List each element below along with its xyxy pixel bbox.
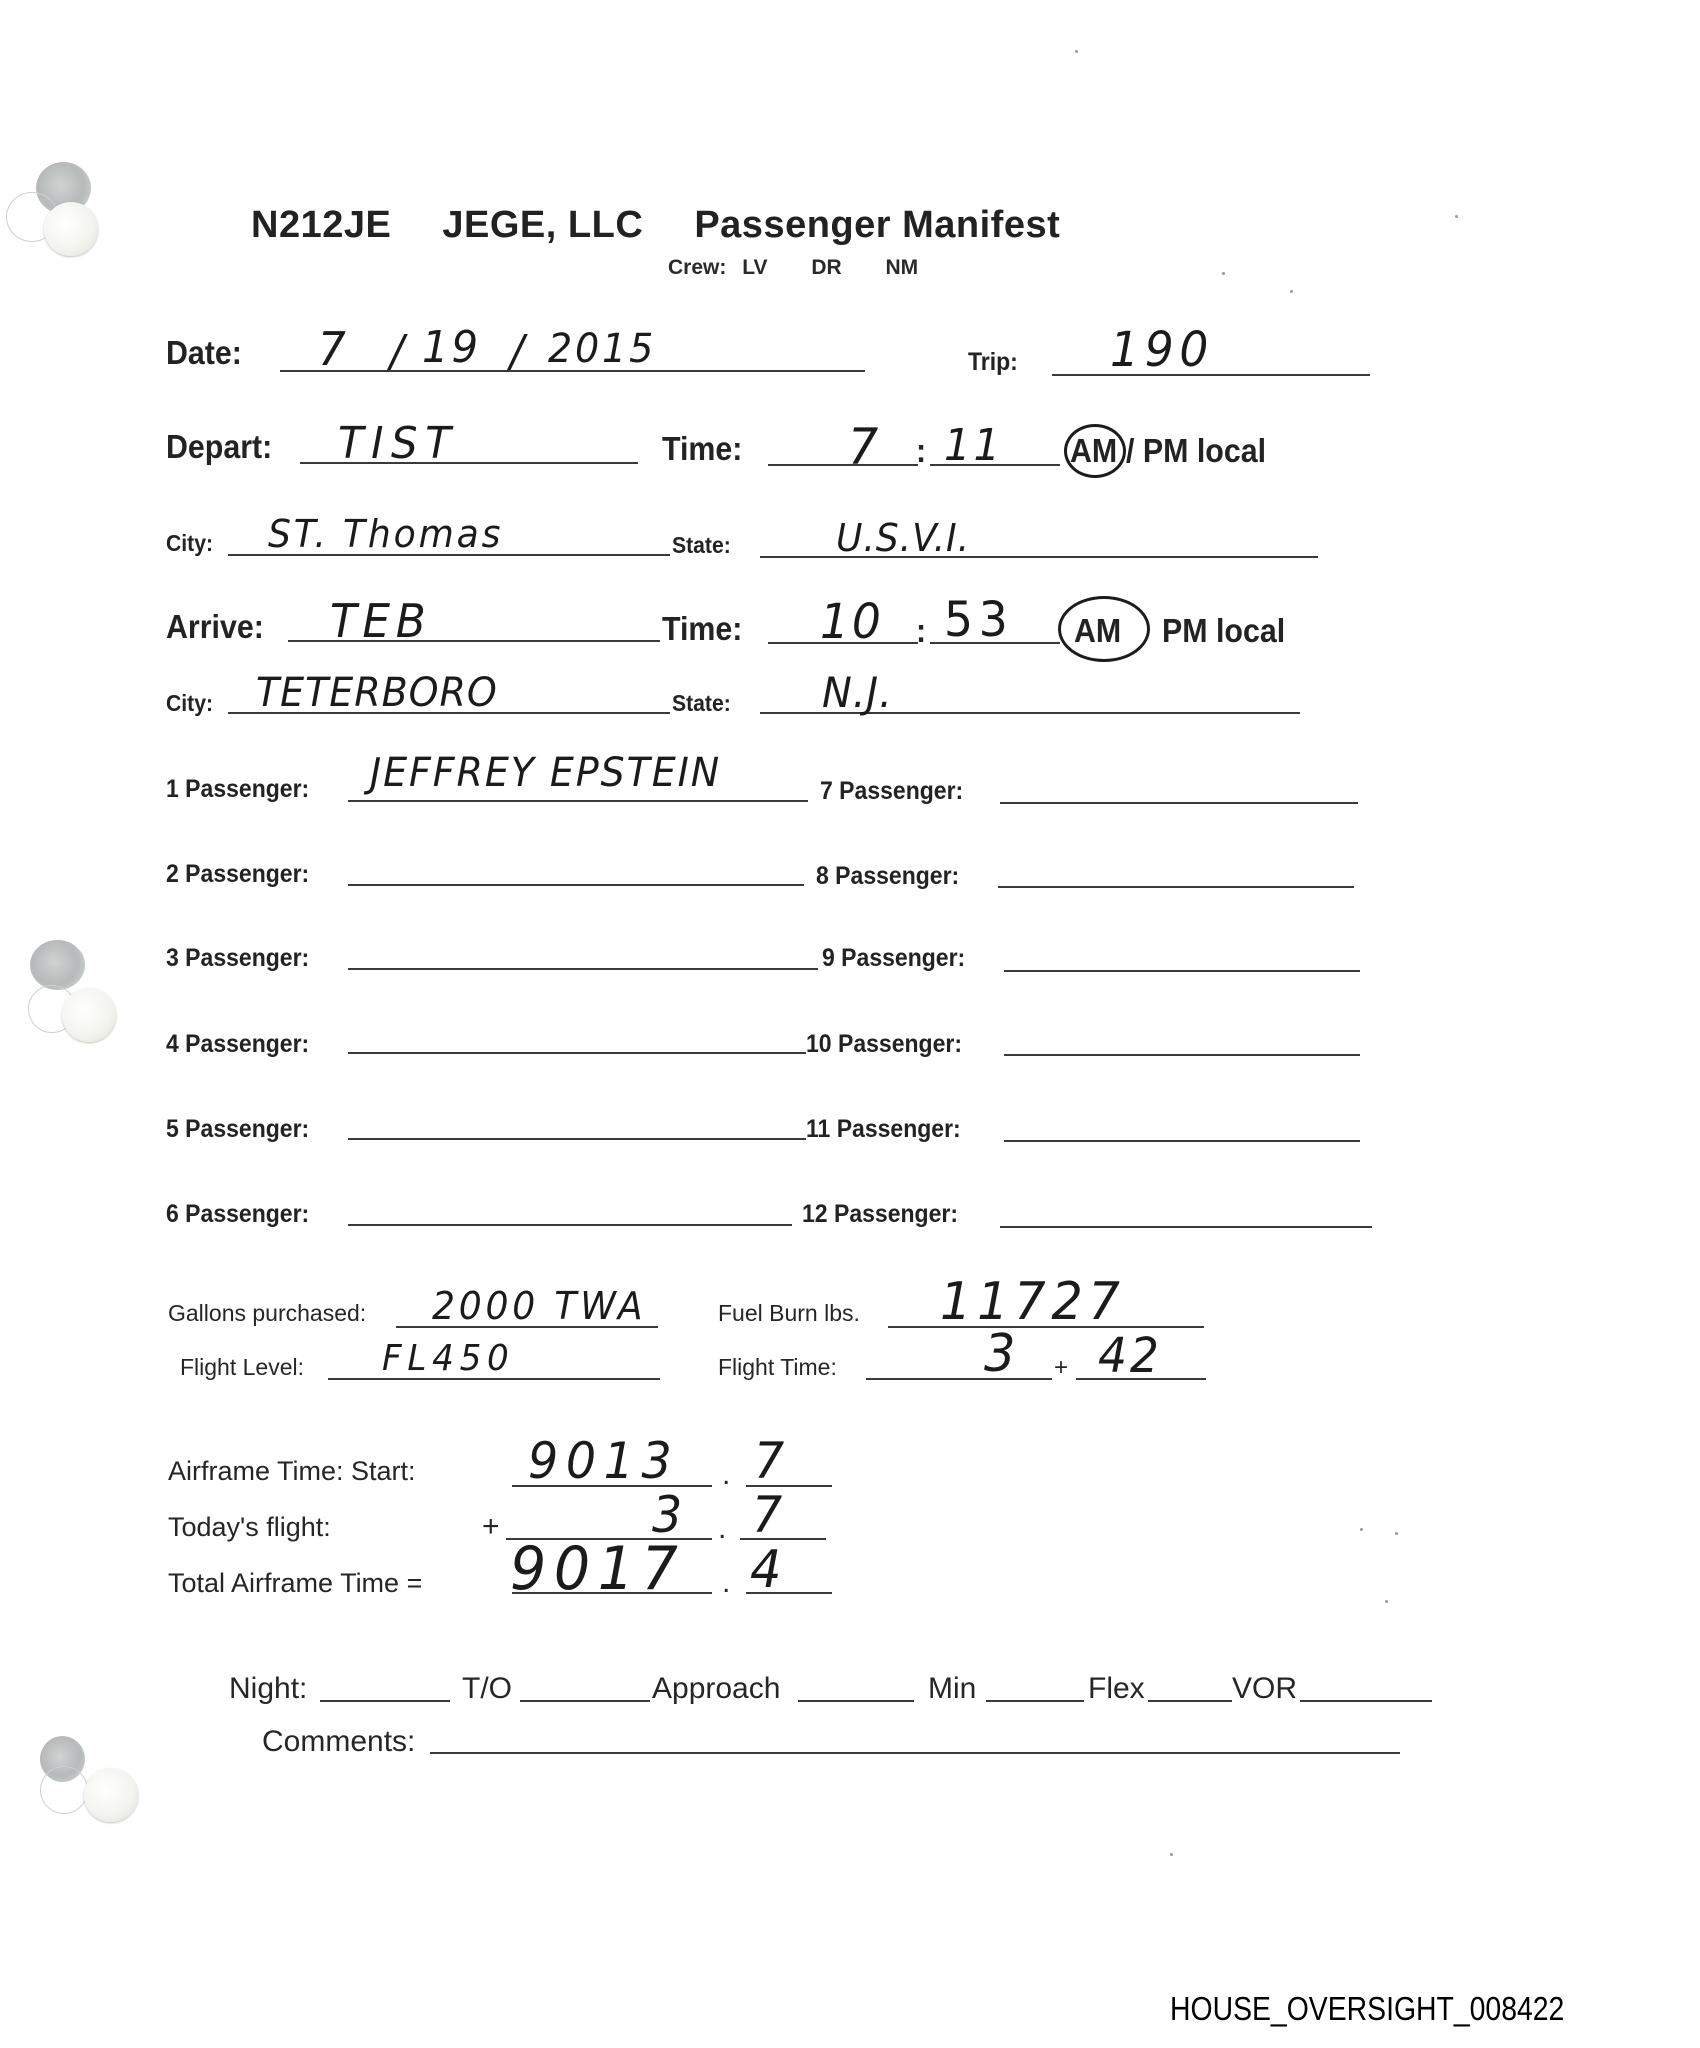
total-airframe-label: Total Airframe Time = xyxy=(168,1568,422,1599)
scan-speck xyxy=(1290,290,1293,293)
arrive-time-label: Time: xyxy=(662,610,742,648)
passenger-3-field[interactable] xyxy=(348,968,818,970)
arrive-city: TETERBORO xyxy=(256,670,498,716)
min-field[interactable] xyxy=(986,1700,1084,1702)
approach-label: Approach xyxy=(652,1672,780,1706)
depart-state-label: State: xyxy=(672,532,731,559)
scan-speck xyxy=(1455,215,1458,218)
company-name: JEGE, LLC xyxy=(442,204,643,246)
total-airframe-tenths: 4 xyxy=(750,1540,784,1600)
night-field[interactable] xyxy=(320,1700,450,1702)
crew-label: Crew: xyxy=(668,256,726,279)
flight-time-minutes: 42 xyxy=(1098,1328,1162,1384)
decimal-point: . xyxy=(722,1458,730,1492)
flex-field[interactable] xyxy=(1148,1700,1232,1702)
passenger-10-label: 10 Passenger: xyxy=(806,1030,962,1059)
todays-flight-tenths: 7 xyxy=(752,1486,785,1544)
flight-level-value: FL450 xyxy=(382,1338,515,1379)
trip-label: Trip: xyxy=(968,348,1018,377)
scan-speck xyxy=(1170,1853,1173,1856)
depart-hour-field[interactable] xyxy=(768,464,918,466)
arrive-city-label: City: xyxy=(166,690,213,717)
date-day: 19 xyxy=(422,322,481,373)
fuel-burn-value: 11727 xyxy=(940,1272,1126,1332)
passenger-9-label: 9 Passenger: xyxy=(822,944,965,973)
flight-level-label: Flight Level: xyxy=(180,1354,304,1381)
date-label: Date: xyxy=(166,334,242,372)
arrive-am-option[interactable]: AM xyxy=(1074,612,1121,650)
form-title: Passenger Manifest xyxy=(694,204,1060,246)
passenger-12-label: 12 Passenger: xyxy=(802,1200,958,1229)
passenger-1-label: 1 Passenger: xyxy=(166,775,309,804)
decimal-point: . xyxy=(722,1566,730,1600)
comments-label: Comments: xyxy=(262,1725,415,1759)
passenger-11-label: 11 Passenger: xyxy=(806,1115,961,1144)
bates-stamp: HOUSE_OVERSIGHT_008422 xyxy=(1170,1990,1564,2028)
date-sep: / xyxy=(390,326,407,377)
arrive-airport: TEB xyxy=(330,594,431,648)
depart-city-label: City: xyxy=(166,530,213,557)
passenger-1-field[interactable] xyxy=(348,800,808,802)
passenger-11-field[interactable] xyxy=(1004,1140,1360,1142)
depart-pm-option[interactable]: / PM local xyxy=(1126,432,1266,470)
passenger-9-field[interactable] xyxy=(1004,970,1360,972)
passenger-12-field[interactable] xyxy=(1000,1226,1372,1228)
arrive-label: Arrive: xyxy=(166,608,264,646)
crew-list: Crew: LV DR NM xyxy=(668,256,956,280)
depart-minute: 11 xyxy=(944,420,1003,471)
passenger-2-label: 2 Passenger: xyxy=(166,860,309,889)
date-month: 7 xyxy=(318,322,349,376)
passenger-2-field[interactable] xyxy=(348,884,804,886)
depart-airport: TIST xyxy=(338,418,458,469)
scan-speck xyxy=(1222,272,1225,275)
vor-label: VOR xyxy=(1232,1672,1297,1706)
takeoff-field[interactable] xyxy=(520,1700,650,1702)
arrive-state: N.J. xyxy=(822,668,893,717)
passenger-4-label: 4 Passenger: xyxy=(166,1030,309,1059)
flight-time-label: Flight Time: xyxy=(718,1354,837,1381)
depart-city: ST. Thomas xyxy=(268,512,503,556)
passenger-5-label: 5 Passenger: xyxy=(166,1115,309,1144)
passenger-8-label: 8 Passenger: xyxy=(816,862,959,891)
depart-label: Depart: xyxy=(166,428,272,466)
passenger-3-label: 3 Passenger: xyxy=(166,944,309,973)
takeoff-label: T/O xyxy=(462,1672,512,1706)
arrive-minute: 53 xyxy=(944,592,1013,648)
passenger-10-field[interactable] xyxy=(1004,1054,1360,1056)
passenger-8-field[interactable] xyxy=(998,886,1354,888)
todays-flight-label: Today's flight: xyxy=(168,1512,331,1543)
comments-field[interactable] xyxy=(430,1752,1400,1754)
depart-state: U.S.V.I. xyxy=(836,516,970,560)
passenger-7-label: 7 Passenger: xyxy=(820,777,963,806)
flex-label: Flex xyxy=(1088,1672,1145,1706)
date-sep: / xyxy=(510,326,527,377)
passenger-7-field[interactable] xyxy=(1000,802,1358,804)
plus-sign: + xyxy=(482,1510,500,1544)
time-colon: : xyxy=(916,612,926,650)
min-label: Min xyxy=(928,1672,976,1706)
night-label: Night: xyxy=(229,1672,307,1706)
passenger-6-field[interactable] xyxy=(348,1224,792,1226)
scan-speck xyxy=(1385,1600,1388,1603)
decimal-point: . xyxy=(718,1512,726,1546)
flight-time-plus: + xyxy=(1054,1354,1068,1382)
approach-field[interactable] xyxy=(798,1700,914,1702)
vor-field[interactable] xyxy=(1300,1700,1432,1702)
passenger-5-field[interactable] xyxy=(348,1138,806,1140)
depart-hour: 7 xyxy=(848,418,881,476)
scan-speck xyxy=(1395,1532,1398,1535)
flight-time-hours-field[interactable] xyxy=(866,1378,1052,1380)
flight-time-hours: 3 xyxy=(984,1324,1018,1384)
airframe-start-whole: 9013 xyxy=(528,1432,679,1490)
arrive-state-label: State: xyxy=(672,690,731,717)
fuel-burn-label: Fuel Burn lbs. xyxy=(718,1300,860,1327)
gallons-label: Gallons purchased: xyxy=(168,1300,366,1327)
airframe-start-label: Airframe Time: Start: xyxy=(168,1456,416,1487)
crew-member: LV xyxy=(742,256,767,279)
depart-time-label: Time: xyxy=(662,430,742,468)
airframe-start-tenths: 7 xyxy=(754,1432,787,1490)
depart-am-option[interactable]: AM xyxy=(1070,432,1117,470)
crew-member: NM xyxy=(886,256,919,279)
arrive-pm-option[interactable]: PM local xyxy=(1162,612,1285,650)
crew-member: DR xyxy=(811,256,841,279)
gallons-value: 2000 TWA xyxy=(432,1284,646,1328)
passenger-6-label: 6 Passenger: xyxy=(166,1200,309,1229)
passenger-1-name: JEFFREY EPSTEIN xyxy=(370,750,721,796)
time-colon: : xyxy=(916,432,926,470)
scan-speck xyxy=(1075,50,1078,53)
tail-number: N212JE xyxy=(251,204,391,246)
passenger-4-field[interactable] xyxy=(348,1052,806,1054)
trip-number: 190 xyxy=(1110,322,1214,378)
date-year: 2015 xyxy=(548,326,656,372)
total-airframe-whole: 9017 xyxy=(510,1534,685,1604)
scan-speck xyxy=(1360,1528,1363,1531)
form-header: N212JE JEGE, LLC Passenger Manifest xyxy=(251,204,1060,247)
arrive-hour: 10 xyxy=(820,594,884,650)
